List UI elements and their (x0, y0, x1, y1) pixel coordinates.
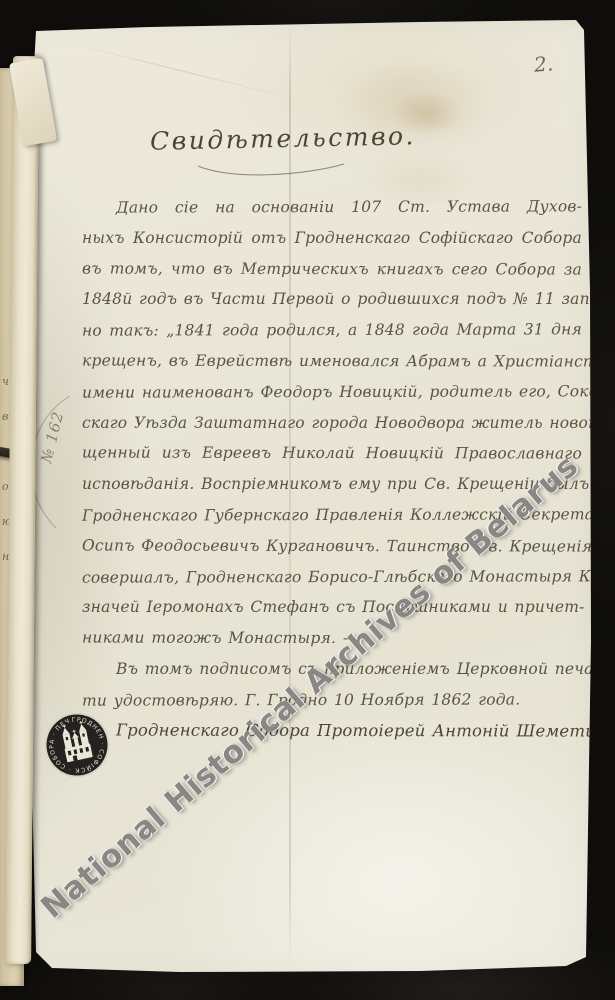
manuscript-line: исповѣданія. Воспріемникомъ ему при Св. … (82, 469, 582, 500)
manuscript-line: въ томъ, что въ Метрическихъ книгахъ сег… (82, 253, 582, 285)
manuscript-line: ти удостовѣряю. Г. Гродно 10 Ноября 1862… (82, 684, 582, 716)
manuscript-line: скаго Уѣзда Заштатнаго города Новодвора … (82, 408, 582, 439)
cathedral-seal: ГРОДНЕН · СОФІЙСК · СОБОРА · ПЕЧАТЬ · (38, 706, 116, 784)
fold-crease (60, 40, 293, 99)
manuscript-line: Дано сіе на основаніи 107 Ст. Устава Дух… (82, 191, 582, 223)
manuscript-line: совершалъ, Гродненскаго Борисо-Глѣбскаго… (82, 561, 582, 593)
title-underline-flourish (192, 160, 352, 178)
manuscript-line: Гродненскаго Губернскаго Правленія Колле… (82, 499, 582, 531)
manuscript-line: ныхъ Консисторій отъ Гродненскаго Софійс… (82, 223, 582, 254)
signature-line: Гродненскаго Собора Протоіерей Антоній Ш… (82, 715, 582, 747)
manuscript-line: щенный изъ Евреевъ Николай Новицкій Прав… (82, 438, 582, 470)
document-body: Дано сіе на основаніи 107 Ст. Устава Дух… (82, 192, 582, 746)
page-number: 2. (533, 51, 554, 77)
manuscript-line: значей Іеромонахъ Стефанъ съ Послушникам… (82, 592, 582, 623)
manuscript-line: но такъ: „1841 года родился, а 1848 года… (82, 315, 582, 347)
document-page: 2. Свидѣтельство. Дано сіе на основаніи … (0, 0, 615, 1000)
manuscript-line: крещенъ, въ Еврействѣ именовался Абрамъ … (82, 345, 582, 377)
manuscript-line: никами тогожъ Монастыря. — (82, 623, 582, 655)
manuscript-line: имени наименованъ Феодоръ Новицкій, роди… (82, 376, 582, 408)
manuscript-line: Осипъ Феодосьевичъ Кургановичъ. Таинство… (82, 530, 582, 562)
document-title: Свидѣтельство. (150, 121, 417, 156)
manuscript-line: 1848й годъ въ Части Первой о родившихся … (82, 284, 582, 315)
archival-scan: ч.въ–з.о–юно 2. Свидѣтельство. Дано сіе … (0, 0, 615, 1000)
manuscript-line: Въ томъ подписомъ съ приложеніемъ Церков… (82, 654, 582, 685)
